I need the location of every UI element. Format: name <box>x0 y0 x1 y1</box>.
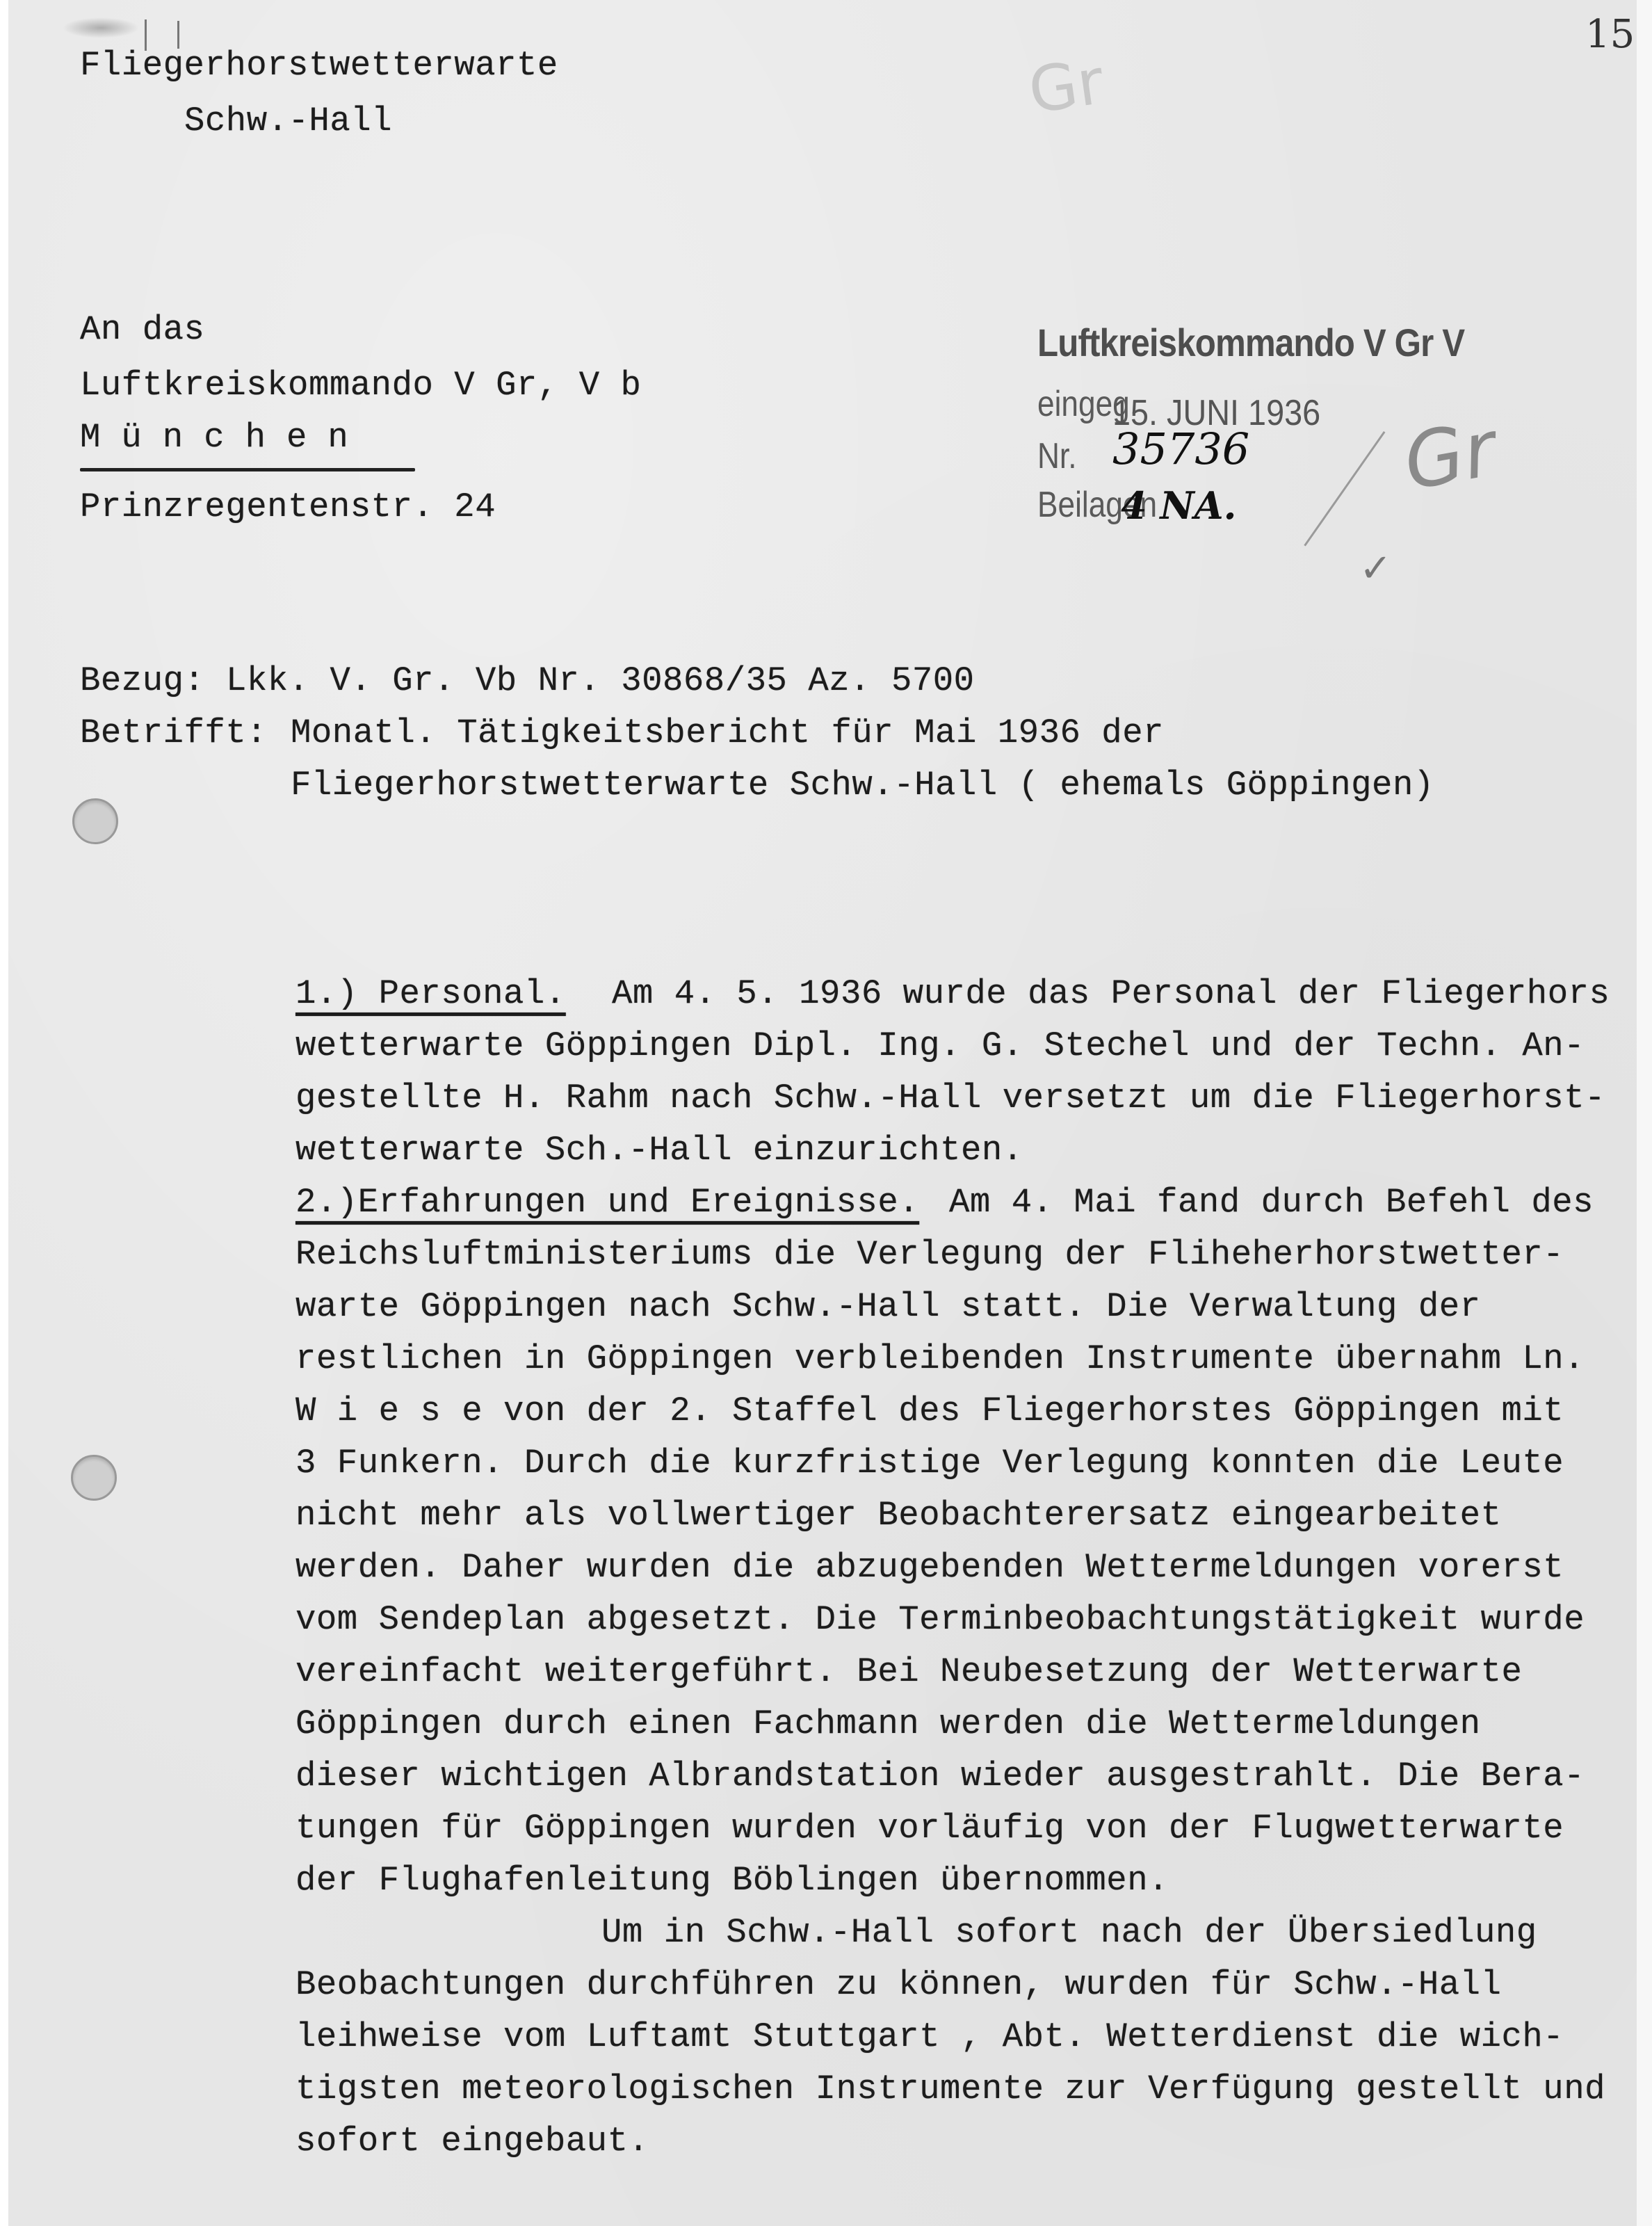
check-icon: ✓ <box>1359 549 1392 588</box>
punch-hole-upper <box>72 798 118 844</box>
subject-label: Betrifft: <box>80 716 267 750</box>
pencil-initials: Gr <box>1398 410 1501 501</box>
recipient-line2: Luftkreiskommando V Gr, V b <box>80 369 641 403</box>
section2-line: warte Göppingen nach Schw.-Hall statt. D… <box>295 1290 1481 1324</box>
section2-line: W i e s e von der 2. Staffel des Flieger… <box>295 1394 1564 1428</box>
pen-mark <box>177 21 179 49</box>
section2-paragraph2-line: tigsten meteorologischen Instrumente zur… <box>295 2072 1605 2106</box>
stamp-number-label: Nr. <box>1037 438 1076 474</box>
recipient-street: Prinzregentenstr. 24 <box>80 490 496 524</box>
stamp-number-value: 35736 <box>1112 428 1249 471</box>
stamp-title: Luftkreiskommando V Gr V <box>1037 323 1464 362</box>
reference-text: Lkk. V. Gr. Vb Nr. 30868/35 Az. 5700 <box>226 664 975 698</box>
section2-line: 3 Funkern. Durch die kurzfristige Verleg… <box>295 1446 1564 1481</box>
section2-line: dieser wichtigen Albrandstation wieder a… <box>295 1759 1585 1793</box>
section1-line: wetterwarte Sch.-Hall einzurichten. <box>295 1134 1023 1168</box>
section2-line: restlichen in Göppingen verbleibenden In… <box>295 1342 1585 1376</box>
section2-heading: 2.)Erfahrungen und Ereignisse. <box>295 1186 919 1220</box>
pencil-stroke <box>1304 431 1385 547</box>
section2-paragraph2-line: sofort eingebaut. <box>295 2124 649 2159</box>
section1-line: wetterwarte Göppingen Dipl. Ing. G. Stec… <box>295 1029 1585 1063</box>
section2-line: vereinfacht weitergeführt. Bei Neubesetz… <box>295 1655 1522 1689</box>
section2-line: nicht mehr als vollwertiger Beobachterer… <box>295 1499 1501 1533</box>
recipient-line1: An das <box>80 313 204 347</box>
section1-heading: 1.) Personal. <box>295 977 566 1011</box>
subject-line1: Monatl. Tätigkeitsbericht für Mai 1936 d… <box>291 716 1164 750</box>
reference-label: Bezug: <box>80 664 204 698</box>
ink-smudge <box>63 17 139 38</box>
subject-line2: Fliegerhorstwetterwarte Schw.-Hall ( ehe… <box>291 768 1434 803</box>
city-underline <box>80 468 415 471</box>
section2-line: Reichsluftministeriums die Verlegung der… <box>295 1238 1564 1272</box>
section2-line: der Flughafenleitung Böblingen übernomme… <box>295 1864 1169 1898</box>
section2-line: vom Sendeplan abgesetzt. Die Terminbeoba… <box>295 1603 1585 1637</box>
section2-line: Göppingen durch einen Fachmann werden di… <box>295 1707 1481 1741</box>
sender-line1: Fliegerhorstwetterwarte <box>80 49 558 83</box>
document-page: 15 Gr Fliegerhorstwetterwarte Schw.-Hall… <box>0 0 1652 2226</box>
faint-pencil-mark: Gr <box>1025 51 1107 123</box>
section2-line: tungen für Göppingen wurden vorläufig vo… <box>295 1812 1564 1846</box>
section1-line: Am 4. 5. 1936 wurde das Personal der Fli… <box>612 977 1610 1011</box>
section2-paragraph2-first: Um in Schw.-Hall sofort nach der Übersie… <box>601 1916 1537 1950</box>
recipient-city: München <box>80 421 369 455</box>
scan-right-edge <box>1637 0 1652 2226</box>
page-number: 15 <box>1585 15 1635 54</box>
section1-line: gestellte H. Rahm nach Schw.-Hall verset… <box>295 1081 1605 1115</box>
section2-paragraph2-line: Beobachtungen durchführen zu können, wur… <box>295 1968 1501 2002</box>
punch-hole-lower <box>71 1455 117 1501</box>
sender-line2: Schw.-Hall <box>184 104 392 138</box>
section2-line: werden. Daher wurden die abzugebenden We… <box>295 1551 1564 1585</box>
section2-paragraph2-line: leihweise vom Luftamt Stuttgart , Abt. W… <box>295 2020 1564 2054</box>
section2-line: Am 4. Mai fand durch Befehl des <box>949 1186 1594 1220</box>
scan-left-edge <box>0 0 8 2226</box>
stamp-attachments-value: 4 NA. <box>1121 487 1236 524</box>
